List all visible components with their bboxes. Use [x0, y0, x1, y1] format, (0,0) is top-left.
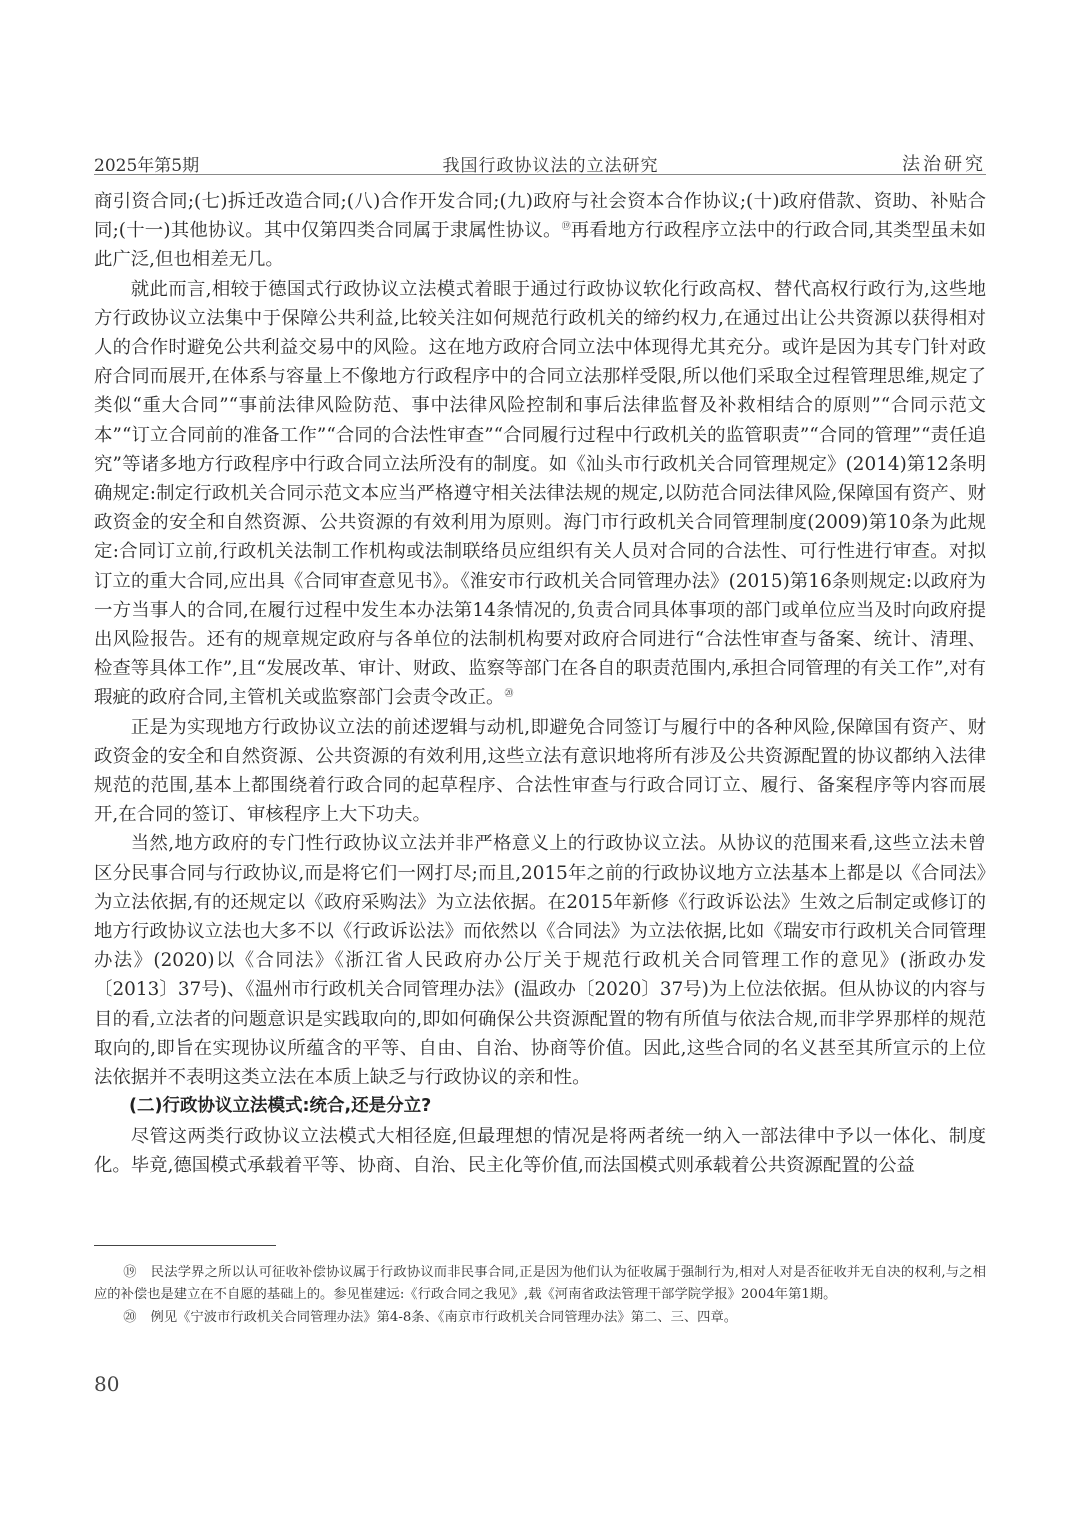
journal-name: 法治研究 [902, 150, 986, 176]
footnote-text: 例见《宁波市行政机关合同管理办法》第4-8条、《南京市行政机关合同管理办法》第二… [151, 1310, 738, 1325]
issue-label: 2025年第5期 [94, 151, 199, 176]
section-heading: (二)行政协议立法模式:统合,还是分立? [94, 1092, 986, 1121]
article-body: 商引资合同;(七)拆迁改造合同;(八)合作开发合同;(九)政府与社会资本合作协议… [94, 187, 986, 1180]
running-header: 2025年第5期 我国行政协议法的立法研究 法治研究 [94, 148, 986, 176]
paragraph-text: 就此而言,相较于德国式行政协议立法模式着眼于通过行政协议软化行政高权、替代高权行… [94, 279, 986, 709]
paragraph-1: 商引资合同;(七)拆迁改造合同;(八)合作开发合同;(九)政府与社会资本合作协议… [94, 187, 986, 275]
paragraph-4: 当然,地方政府的专门性行政协议立法并非严格意义上的行政协议立法。从协议的范围来看… [94, 829, 986, 1092]
paragraph-5: 尽管这两类行政协议立法模式大相径庭,但最理想的情况是将两者统一纳入一部法律中予以… [94, 1122, 986, 1180]
footnote-20: ⑳例见《宁波市行政机关合同管理办法》第4-8条、《南京市行政机关合同管理办法》第… [94, 1307, 986, 1329]
footnote-number: ⑳ [123, 1310, 136, 1325]
footnote-separator [94, 1245, 276, 1246]
paragraph-3: 正是为实现地方行政协议立法的前述逻辑与动机,即避免合同签订与履行中的各种风险,保… [94, 713, 986, 830]
footnote-number: ⑲ [123, 1265, 136, 1280]
paragraph-2: 就此而言,相较于德国式行政协议立法模式着眼于通过行政协议软化行政高权、替代高权行… [94, 275, 986, 713]
footnotes: ⑲民法学界之所以认可征收补偿协议属于行政协议而非民事合同,正是因为他们认为征收属… [94, 1262, 986, 1331]
footnote-ref-19[interactable]: ⑲ [562, 222, 571, 232]
footnote-19: ⑲民法学界之所以认可征收补偿协议属于行政协议而非民事合同,正是因为他们认为征收属… [94, 1262, 986, 1305]
footnote-ref-20[interactable]: ⑳ [504, 689, 513, 699]
header-rule [94, 174, 986, 175]
footnote-text: 民法学界之所以认可征收补偿协议属于行政协议而非民事合同,正是因为他们认为征收属于… [94, 1265, 986, 1302]
page-number: 80 [94, 1372, 119, 1396]
article-title: 我国行政协议法的立法研究 [443, 151, 659, 176]
